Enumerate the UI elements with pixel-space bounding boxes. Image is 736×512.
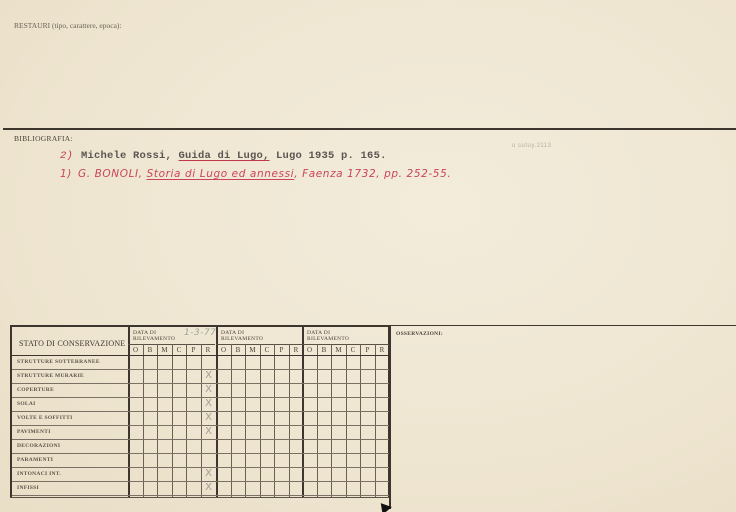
column-header-b: B bbox=[143, 346, 157, 354]
grid-line bbox=[143, 344, 144, 497]
condition-row-label: STRUTTURE MURARIE bbox=[17, 373, 84, 379]
condition-row-label: VOLTE E SOFFITTI bbox=[17, 415, 73, 421]
grid-line bbox=[10, 369, 389, 370]
entry-rest: Lugo 1935 p. 165. bbox=[270, 150, 387, 162]
grid-line bbox=[245, 344, 246, 497]
entry-number: 2) bbox=[60, 150, 73, 162]
check-mark-icon: X bbox=[202, 482, 216, 493]
column-header-c: C bbox=[260, 346, 274, 354]
entry-author: G. BONOLI, bbox=[78, 168, 147, 180]
condition-row-label: STRUTTURE SOTTERRANEE bbox=[17, 359, 100, 365]
condition-row-label: DECORAZIONI bbox=[17, 443, 60, 449]
entry-number: 1) bbox=[60, 168, 72, 180]
check-mark-icon: X bbox=[202, 468, 216, 479]
column-header-m: M bbox=[332, 346, 346, 354]
column-header-b: B bbox=[317, 346, 331, 354]
column-header-o: O bbox=[129, 346, 143, 354]
grid-divider bbox=[389, 326, 391, 509]
label-line: RILEVAMENTO bbox=[221, 336, 263, 342]
column-header-o: O bbox=[217, 346, 231, 354]
osservazioni-label: OSSERVAZIONI: bbox=[396, 331, 443, 337]
check-mark-icon: X bbox=[202, 426, 216, 437]
grid-line bbox=[346, 344, 347, 497]
table-title: STATO DI CONSERVAZIONE bbox=[19, 339, 125, 348]
grid-line bbox=[317, 344, 318, 497]
column-header-r: R bbox=[289, 346, 303, 354]
grid-line bbox=[10, 383, 389, 384]
condition-row-label: SOLAI bbox=[17, 401, 36, 407]
grid-line bbox=[10, 453, 389, 454]
grid-line bbox=[10, 495, 389, 496]
grid-line bbox=[360, 344, 361, 497]
bibliografia-label: BIBLIOGRAFIA: bbox=[14, 134, 73, 143]
column-header-c: C bbox=[172, 346, 186, 354]
bibliography-entry-typed: 2)Michele Rossi, Guida di Lugo, Lugo 193… bbox=[60, 150, 387, 162]
grid-line bbox=[10, 355, 389, 356]
column-header-p: P bbox=[361, 346, 375, 354]
check-mark-icon: X bbox=[202, 370, 216, 381]
column-header-m: M bbox=[158, 346, 172, 354]
condition-row-label: PARAMENTI bbox=[17, 457, 53, 463]
grid-line bbox=[10, 497, 389, 498]
survey-date: 1-3-77 bbox=[184, 328, 216, 338]
grid-line bbox=[289, 344, 290, 497]
check-mark-icon: X bbox=[202, 384, 216, 395]
column-header-r: R bbox=[375, 346, 389, 354]
grid-line bbox=[375, 344, 376, 497]
restauri-label: RESTAURI (tipo, carattere, epoca): bbox=[14, 21, 121, 30]
grid-line bbox=[260, 344, 261, 497]
bibliography-entry-handwritten: 1)G. BONOLI, Storia di Lugo ed annessi, … bbox=[60, 168, 451, 180]
grid-line bbox=[274, 344, 275, 497]
condition-row-label: INTONACI INT. bbox=[17, 471, 61, 477]
data-rilevamento-label: DATA DIRILEVAMENTO bbox=[133, 330, 175, 342]
column-header-c: C bbox=[346, 346, 360, 354]
data-rilevamento-label: DATA DIRILEVAMENTO bbox=[221, 330, 263, 342]
column-header-b: B bbox=[231, 346, 245, 354]
section-divider bbox=[3, 128, 736, 130]
column-header-m: M bbox=[246, 346, 260, 354]
grid-line bbox=[157, 344, 158, 497]
check-mark-icon: X bbox=[202, 398, 216, 409]
grid-divider bbox=[10, 326, 12, 497]
grid-line bbox=[10, 467, 389, 468]
column-header-p: P bbox=[275, 346, 289, 354]
grid-line bbox=[10, 411, 389, 412]
column-header-r: R bbox=[201, 346, 215, 354]
grid-line bbox=[172, 344, 173, 497]
column-header-p: P bbox=[187, 346, 201, 354]
condition-row-label: PAVIMENTI bbox=[17, 429, 51, 435]
data-rilevamento-label: DATA DIRILEVAMENTO bbox=[307, 330, 349, 342]
grid-line bbox=[186, 344, 187, 497]
label-line: RILEVAMENTO bbox=[307, 336, 349, 342]
condition-row-label: COPERTURE bbox=[17, 387, 54, 393]
grid-line bbox=[231, 344, 232, 497]
grid-line bbox=[331, 344, 332, 497]
entry-author: Michele Rossi, bbox=[81, 150, 179, 162]
grid-line bbox=[10, 481, 389, 482]
condition-row-label: INFISSI bbox=[17, 485, 39, 491]
entry-rest: , Faenza 1732, pp. 252-55. bbox=[294, 168, 451, 180]
check-mark-icon: X bbox=[202, 412, 216, 423]
entry-title: Storia di Lugo ed annessi bbox=[147, 168, 295, 180]
label-line: RILEVAMENTO bbox=[133, 336, 175, 342]
grid-line bbox=[10, 439, 389, 440]
grid-line bbox=[10, 397, 389, 398]
column-header-o: O bbox=[303, 346, 317, 354]
entry-title: Guida di Lugo, bbox=[179, 150, 270, 162]
faint-stamp: u sutuy.2113 bbox=[512, 143, 551, 149]
grid-line bbox=[10, 425, 389, 426]
